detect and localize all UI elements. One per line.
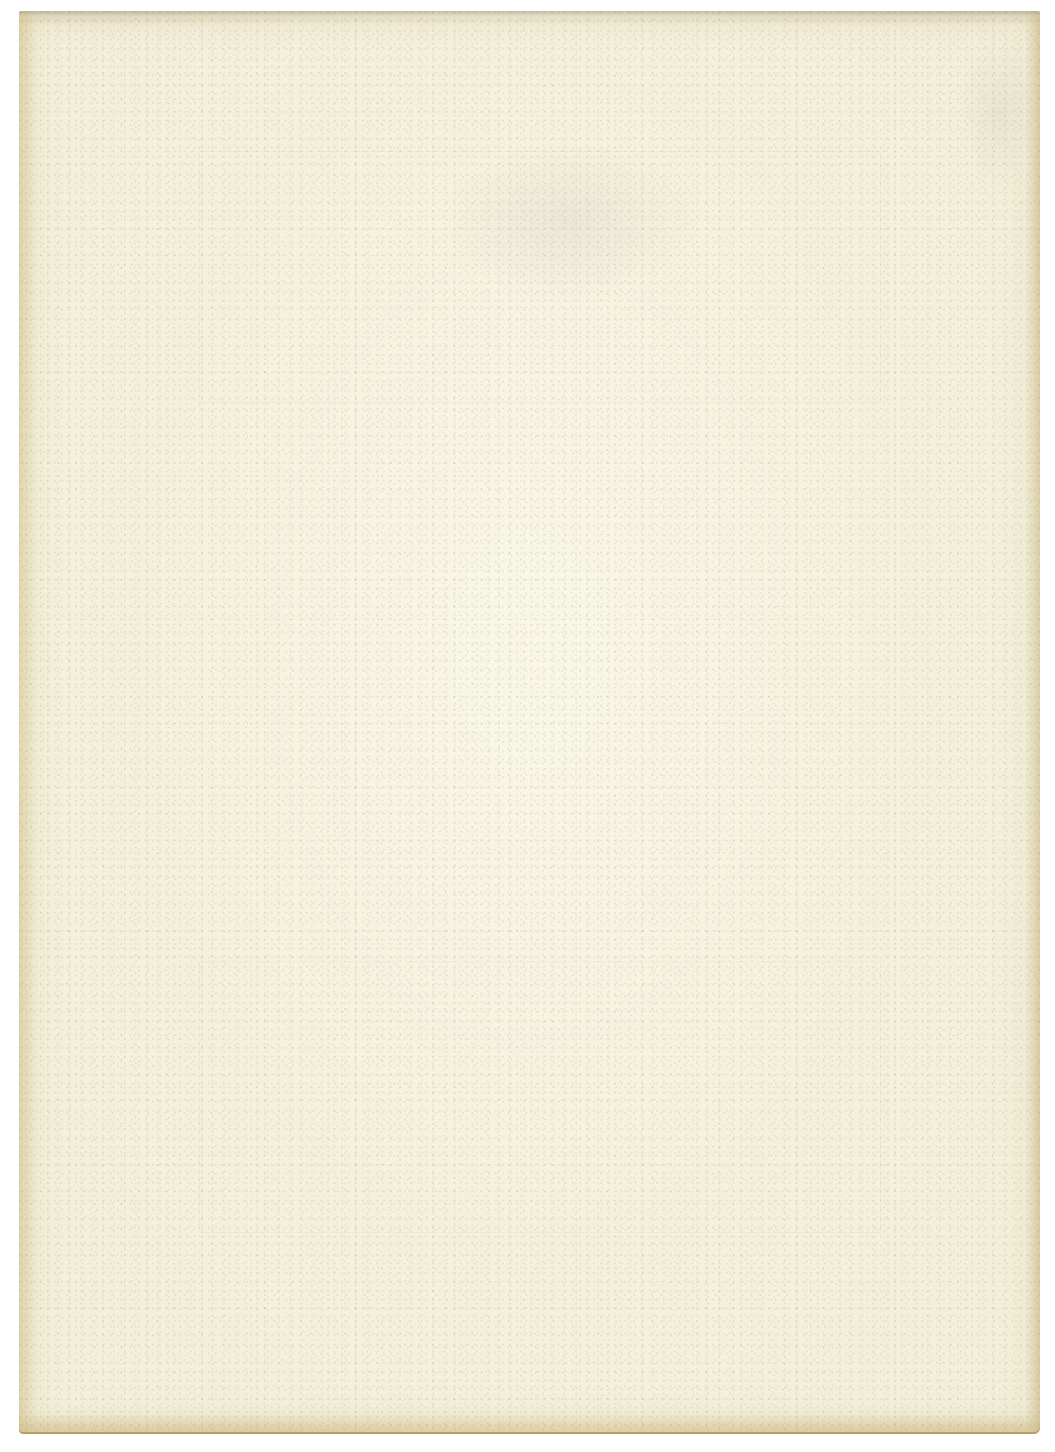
aged-paper-sheet — [19, 11, 1040, 1432]
image-canvas — [0, 0, 1055, 1452]
paper-stain — [959, 31, 1039, 191]
faint-show-through-frame — [199, 961, 881, 1233]
faint-show-through-frame — [199, 151, 881, 403]
